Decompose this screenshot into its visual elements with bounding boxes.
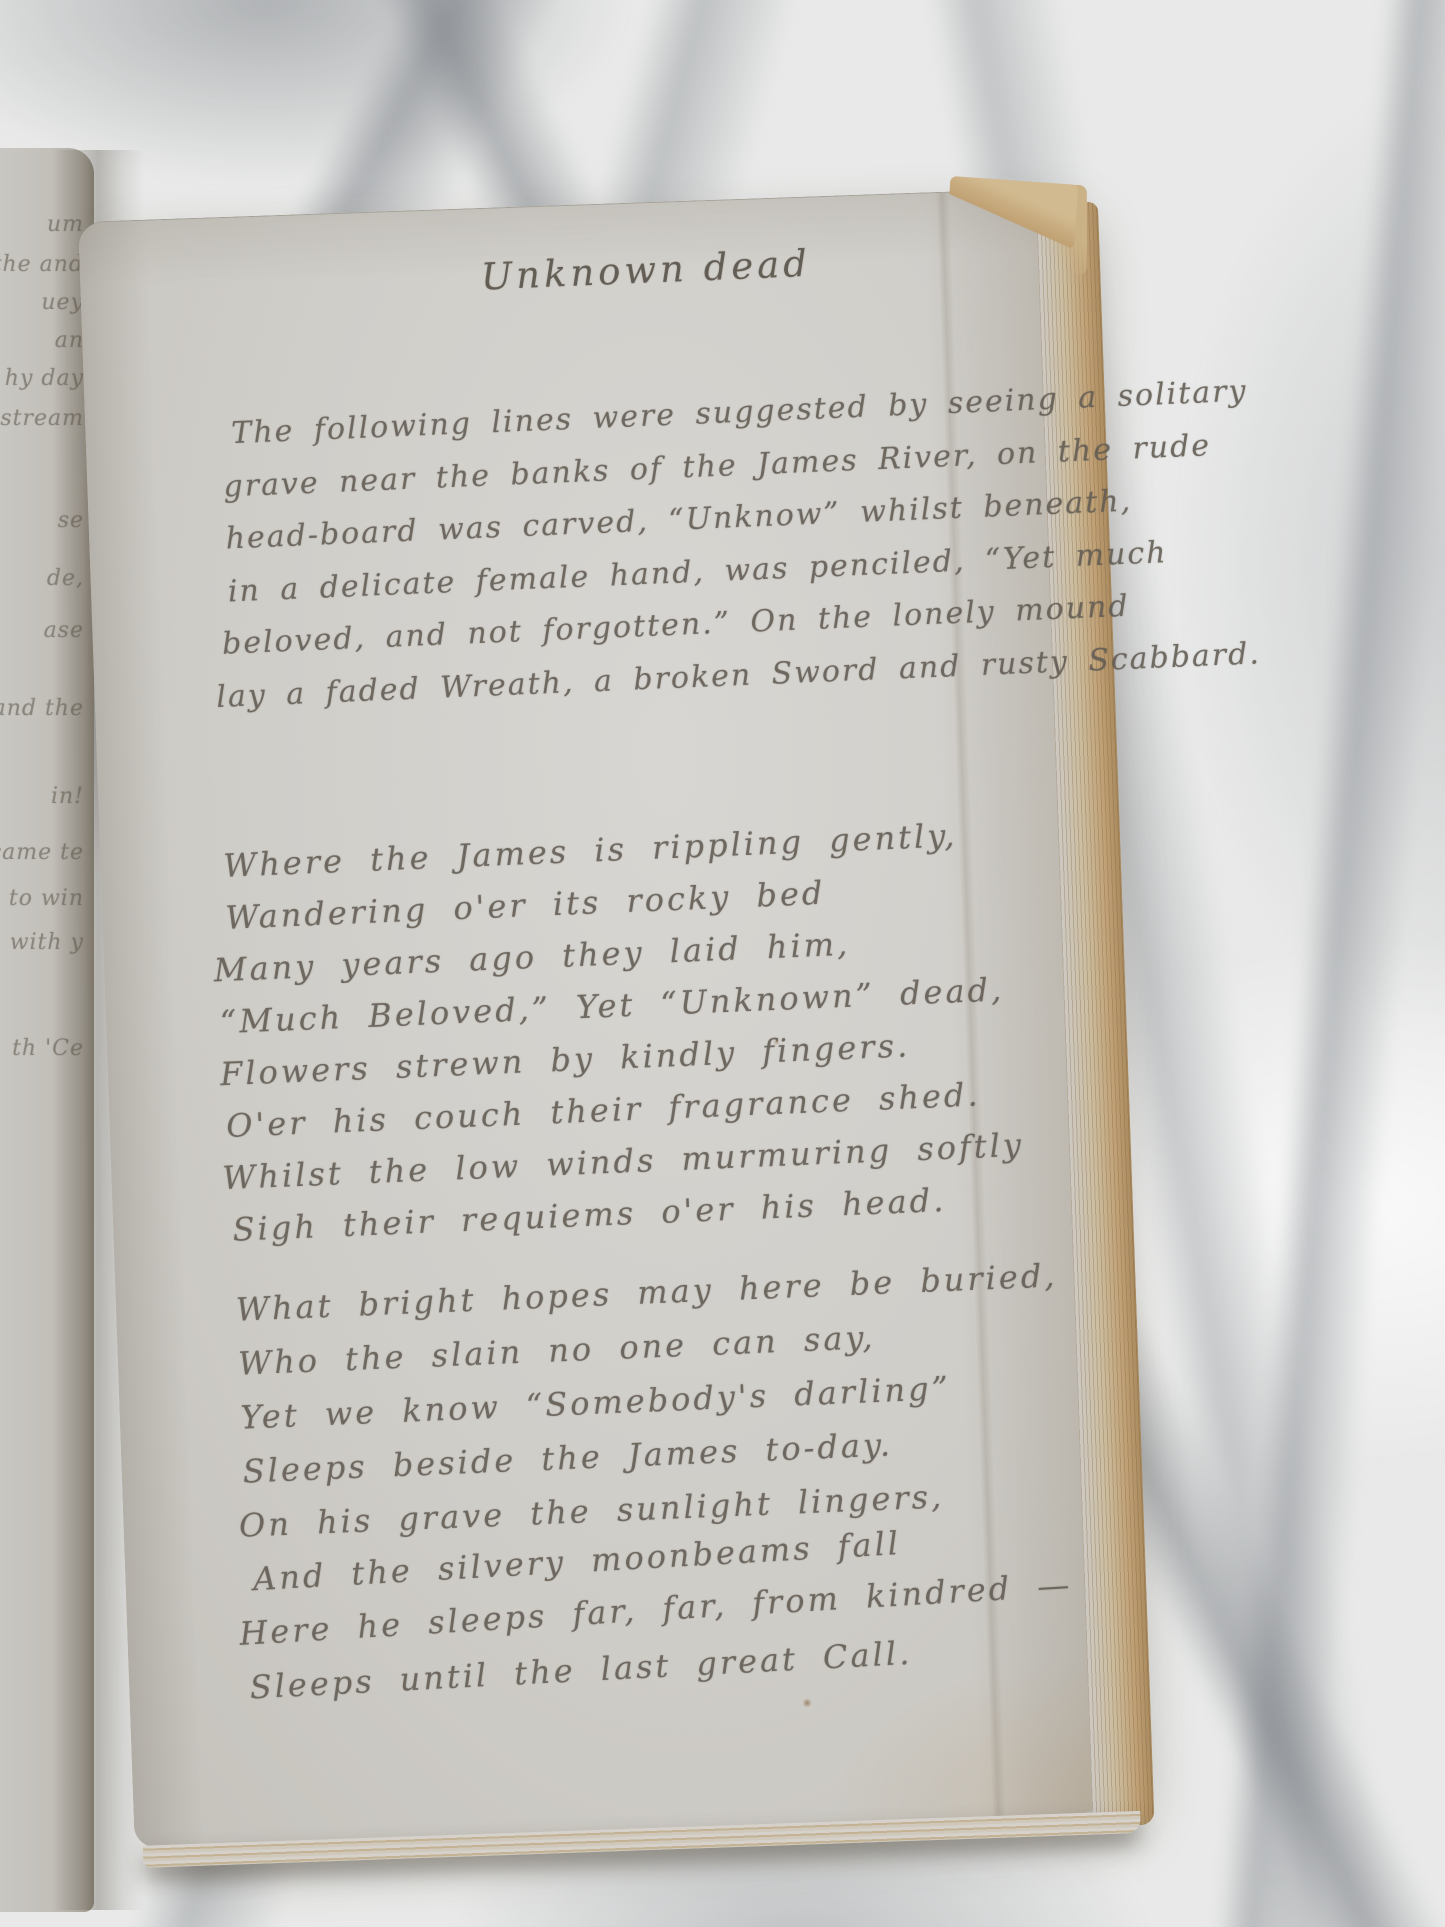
photo-of-open-album: um the and uey an hy day p stream se de,… (0, 0, 1445, 1927)
album-page: Unknown dead The following lines were su… (78, 188, 1116, 1848)
handwritten-content: Unknown dead The following lines were su… (72, 186, 1121, 1852)
poem-title: Unknown dead (480, 242, 812, 299)
poem-stanza-2: What bright hopes may here be buried, Wh… (235, 1256, 1077, 1722)
poem-stanza-1: Where the James is rippling gently, Wand… (223, 814, 1028, 1263)
introduction-paragraph: The following lines were suggested by se… (221, 374, 1263, 732)
